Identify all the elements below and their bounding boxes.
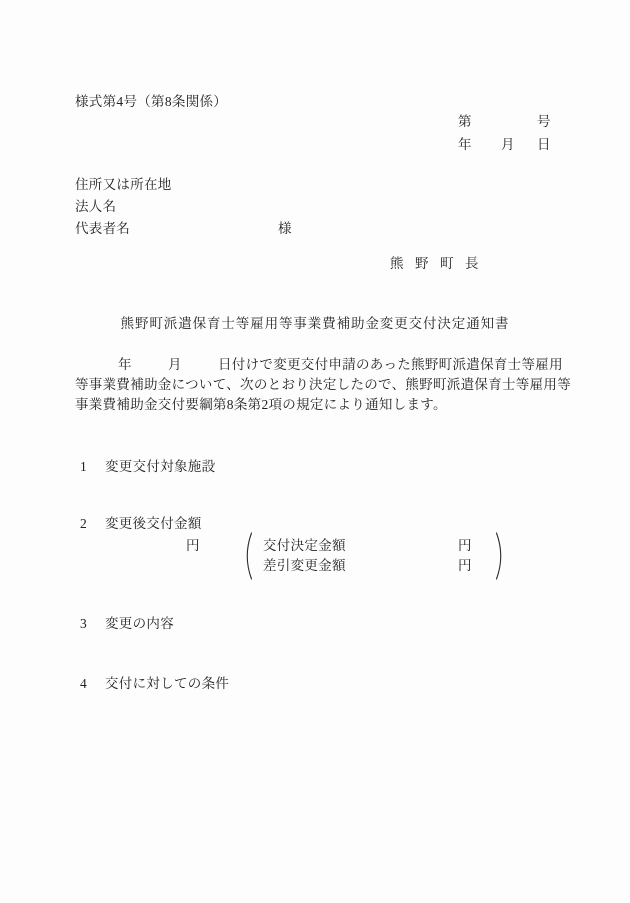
- body-line3: 事業費補助金交付要綱第8条第2項の規定により通知します。: [75, 397, 447, 412]
- body-year-blank: 年: [118, 357, 132, 372]
- body-line1: 日付けで変更交付申請のあった熊野町派遣保育士等雇用: [218, 357, 563, 372]
- section-2-label: 変更後交付金額: [105, 516, 202, 531]
- date-year-label: 年: [458, 137, 472, 152]
- document-page: 様式第4号（第8条関係） 第 号 年 月 日 住所又は所在地 法人名 代表者名 …: [0, 0, 630, 903]
- section-4-label: 交付に対しての条件: [105, 676, 229, 691]
- amount-row-1-unit: 円: [458, 538, 472, 553]
- section-3-label: 変更の内容: [105, 616, 174, 631]
- body-line2: 等事業費補助金について、次のとおり決定したので、熊野町派遣保育士等雇用等: [75, 377, 571, 392]
- addressee-corporation-label: 法人名: [75, 199, 116, 214]
- right-bracket: [494, 531, 508, 581]
- addressee-honorific: 様: [278, 221, 292, 236]
- issuer-name: 熊 野 町 長: [390, 256, 478, 271]
- body-month-blank: 月: [168, 357, 182, 372]
- section-3-number: 3: [80, 616, 87, 631]
- addressee-representative-label: 代表者名: [75, 221, 130, 236]
- date-month-label: 月: [501, 137, 515, 152]
- doc-number-prefix: 第: [458, 114, 472, 129]
- section-1-label: 変更交付対象施設: [105, 459, 215, 474]
- document-title: 熊野町派遣保育士等雇用等事業費補助金変更交付決定通知書: [0, 316, 630, 332]
- date-day-label: 日: [537, 137, 551, 152]
- left-bracket: [240, 531, 254, 581]
- section-4-number: 4: [80, 676, 87, 691]
- amount-row-2-label: 差引変更金額: [263, 558, 346, 573]
- amount-total-unit: 円: [186, 538, 200, 553]
- addressee-address-label: 住所又は所在地: [75, 177, 172, 192]
- amount-row-2-unit: 円: [458, 558, 472, 573]
- amount-row-1-label: 交付決定金額: [263, 538, 346, 553]
- doc-number-suffix: 号: [537, 114, 551, 129]
- section-2-number: 2: [80, 516, 87, 531]
- form-label: 様式第4号（第8条関係）: [75, 94, 227, 109]
- section-1-number: 1: [80, 459, 87, 474]
